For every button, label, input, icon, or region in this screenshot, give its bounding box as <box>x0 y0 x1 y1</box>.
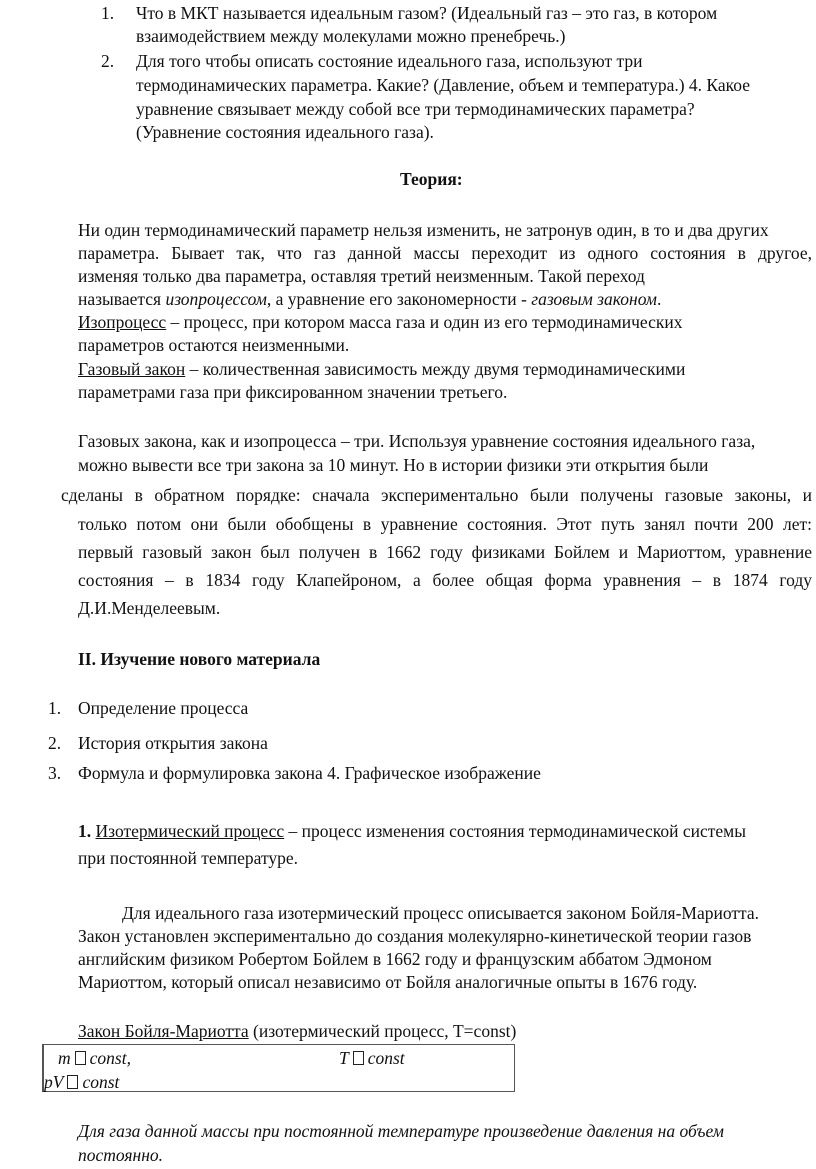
plan-item: Формула и формулировка закона 4. Графиче… <box>78 762 541 784</box>
question-number: 1. <box>101 2 114 24</box>
isoprocess-term: Изопроцесс <box>78 312 166 332</box>
equals-glyph-icon <box>353 1051 364 1065</box>
law-statement-line: Для газа данной массы при постоянной тем… <box>78 1120 724 1142</box>
boyle-paragraph-line: английским физиком Робертом Бойлем в 166… <box>78 948 712 970</box>
formula-rhs: const <box>82 1072 119 1092</box>
boyle-mariotte-law: Закон Бойля-Мариотта <box>78 1021 249 1041</box>
item-number: 1. <box>78 821 91 841</box>
formula-mass: mconst, <box>58 1047 131 1069</box>
text: , а уравнение его закономерности - <box>267 289 531 309</box>
text: – количественная зависимость между двумя… <box>185 359 685 379</box>
isoprocess-definition: Изопроцесс – процесс, при котором масса … <box>78 311 683 333</box>
plan-number: 3. <box>48 762 61 784</box>
theory-line: параметра. Бывает так, что газ данной ма… <box>78 242 812 264</box>
boyle-paragraph-line: Мариоттом, который описал независимо от … <box>78 971 697 993</box>
isothermal-definition: 1. Изотермический процесс – процесс изме… <box>78 820 746 842</box>
isothermal-definition-line2: при постоянной температуре. <box>78 847 298 869</box>
symbol-m: m <box>58 1048 71 1068</box>
gas-law-definition-line2: параметрами газа при фиксированном значе… <box>78 381 507 403</box>
law-statement-line: постоянно. <box>78 1144 163 1166</box>
theory-line-terms: называется изопроцессом, а уравнение его… <box>78 288 661 310</box>
symbol-T: T <box>339 1048 349 1068</box>
history-line: первый газовый закон был получен в 1662 … <box>78 541 812 563</box>
law-title: Закон Бойля-Мариотта (изотермический про… <box>78 1020 516 1042</box>
plan-item: История открытия закона <box>78 732 268 754</box>
plan-number: 1. <box>48 697 61 719</box>
question-1-line: Что в МКТ называется идеальным газом? (И… <box>136 2 717 24</box>
formula-pv: pVconst <box>44 1071 119 1093</box>
boyle-paragraph-line: Закон установлен экспериментально до соз… <box>78 925 751 947</box>
history-line: состояния – в 1834 году Клапейроном, а б… <box>78 569 812 591</box>
equals-glyph-icon <box>67 1075 78 1089</box>
gas-law-definition: Газовый закон – количественная зависимос… <box>78 358 685 380</box>
isoprocess-definition-line2: параметров остаются неизменными. <box>78 334 349 356</box>
term-isoprocess: изопроцессом <box>165 289 266 309</box>
gas-law-term: Газовый закон <box>78 359 185 379</box>
text: – процесс изменения состояния термодинам… <box>284 821 746 841</box>
question-2-line: Для того чтобы описать состояние идеальн… <box>136 50 643 72</box>
history-line: Д.И.Менделеевым. <box>78 597 220 619</box>
text: – процесс, при котором масса газа и один… <box>166 312 682 332</box>
symbol-pV: pV <box>44 1072 63 1092</box>
theory-heading: Теория: <box>400 168 463 190</box>
term-gas-law: газовым законом <box>531 289 657 309</box>
plan-number: 2. <box>48 732 61 754</box>
section-heading: II. Изучение нового материала <box>78 648 320 670</box>
question-2-line: (Уравнение состояния идеального газа). <box>136 121 434 143</box>
theory-line: Ни один термодинамический параметр нельз… <box>78 219 769 241</box>
plan-item: Определение процесса <box>78 697 248 719</box>
text: . <box>657 289 661 309</box>
formula-temperature: Tconst <box>339 1047 405 1069</box>
text: называется <box>78 289 165 309</box>
question-1-line: взаимодействием между молекулами можно п… <box>136 25 566 47</box>
theory-line: изменяя только два параметра, оставляя т… <box>78 265 645 287</box>
text: (изотермический процесс, T=const) <box>249 1021 517 1041</box>
history-line: только потом они были обобщены в уравнен… <box>78 513 812 535</box>
history-line: сделаны в обратном порядке: сначала эксп… <box>61 484 812 506</box>
isothermal-term: Изотермический процесс <box>96 821 285 841</box>
formula-rhs: const, <box>90 1048 131 1068</box>
question-2-line: уравнение связывает между собой все три … <box>136 98 695 120</box>
history-line: Газовых закона, как и изопроцесса – три.… <box>78 430 755 452</box>
equals-glyph-icon <box>75 1051 86 1065</box>
question-number: 2. <box>101 50 114 72</box>
boyle-paragraph-line: Для идеального газа изотермический проце… <box>122 902 759 924</box>
question-2-line: термодинамических параметра. Какие? (Дав… <box>136 74 750 96</box>
formula-rhs: const <box>368 1048 405 1068</box>
history-line: можно вывести все три закона за 10 минут… <box>78 454 708 476</box>
